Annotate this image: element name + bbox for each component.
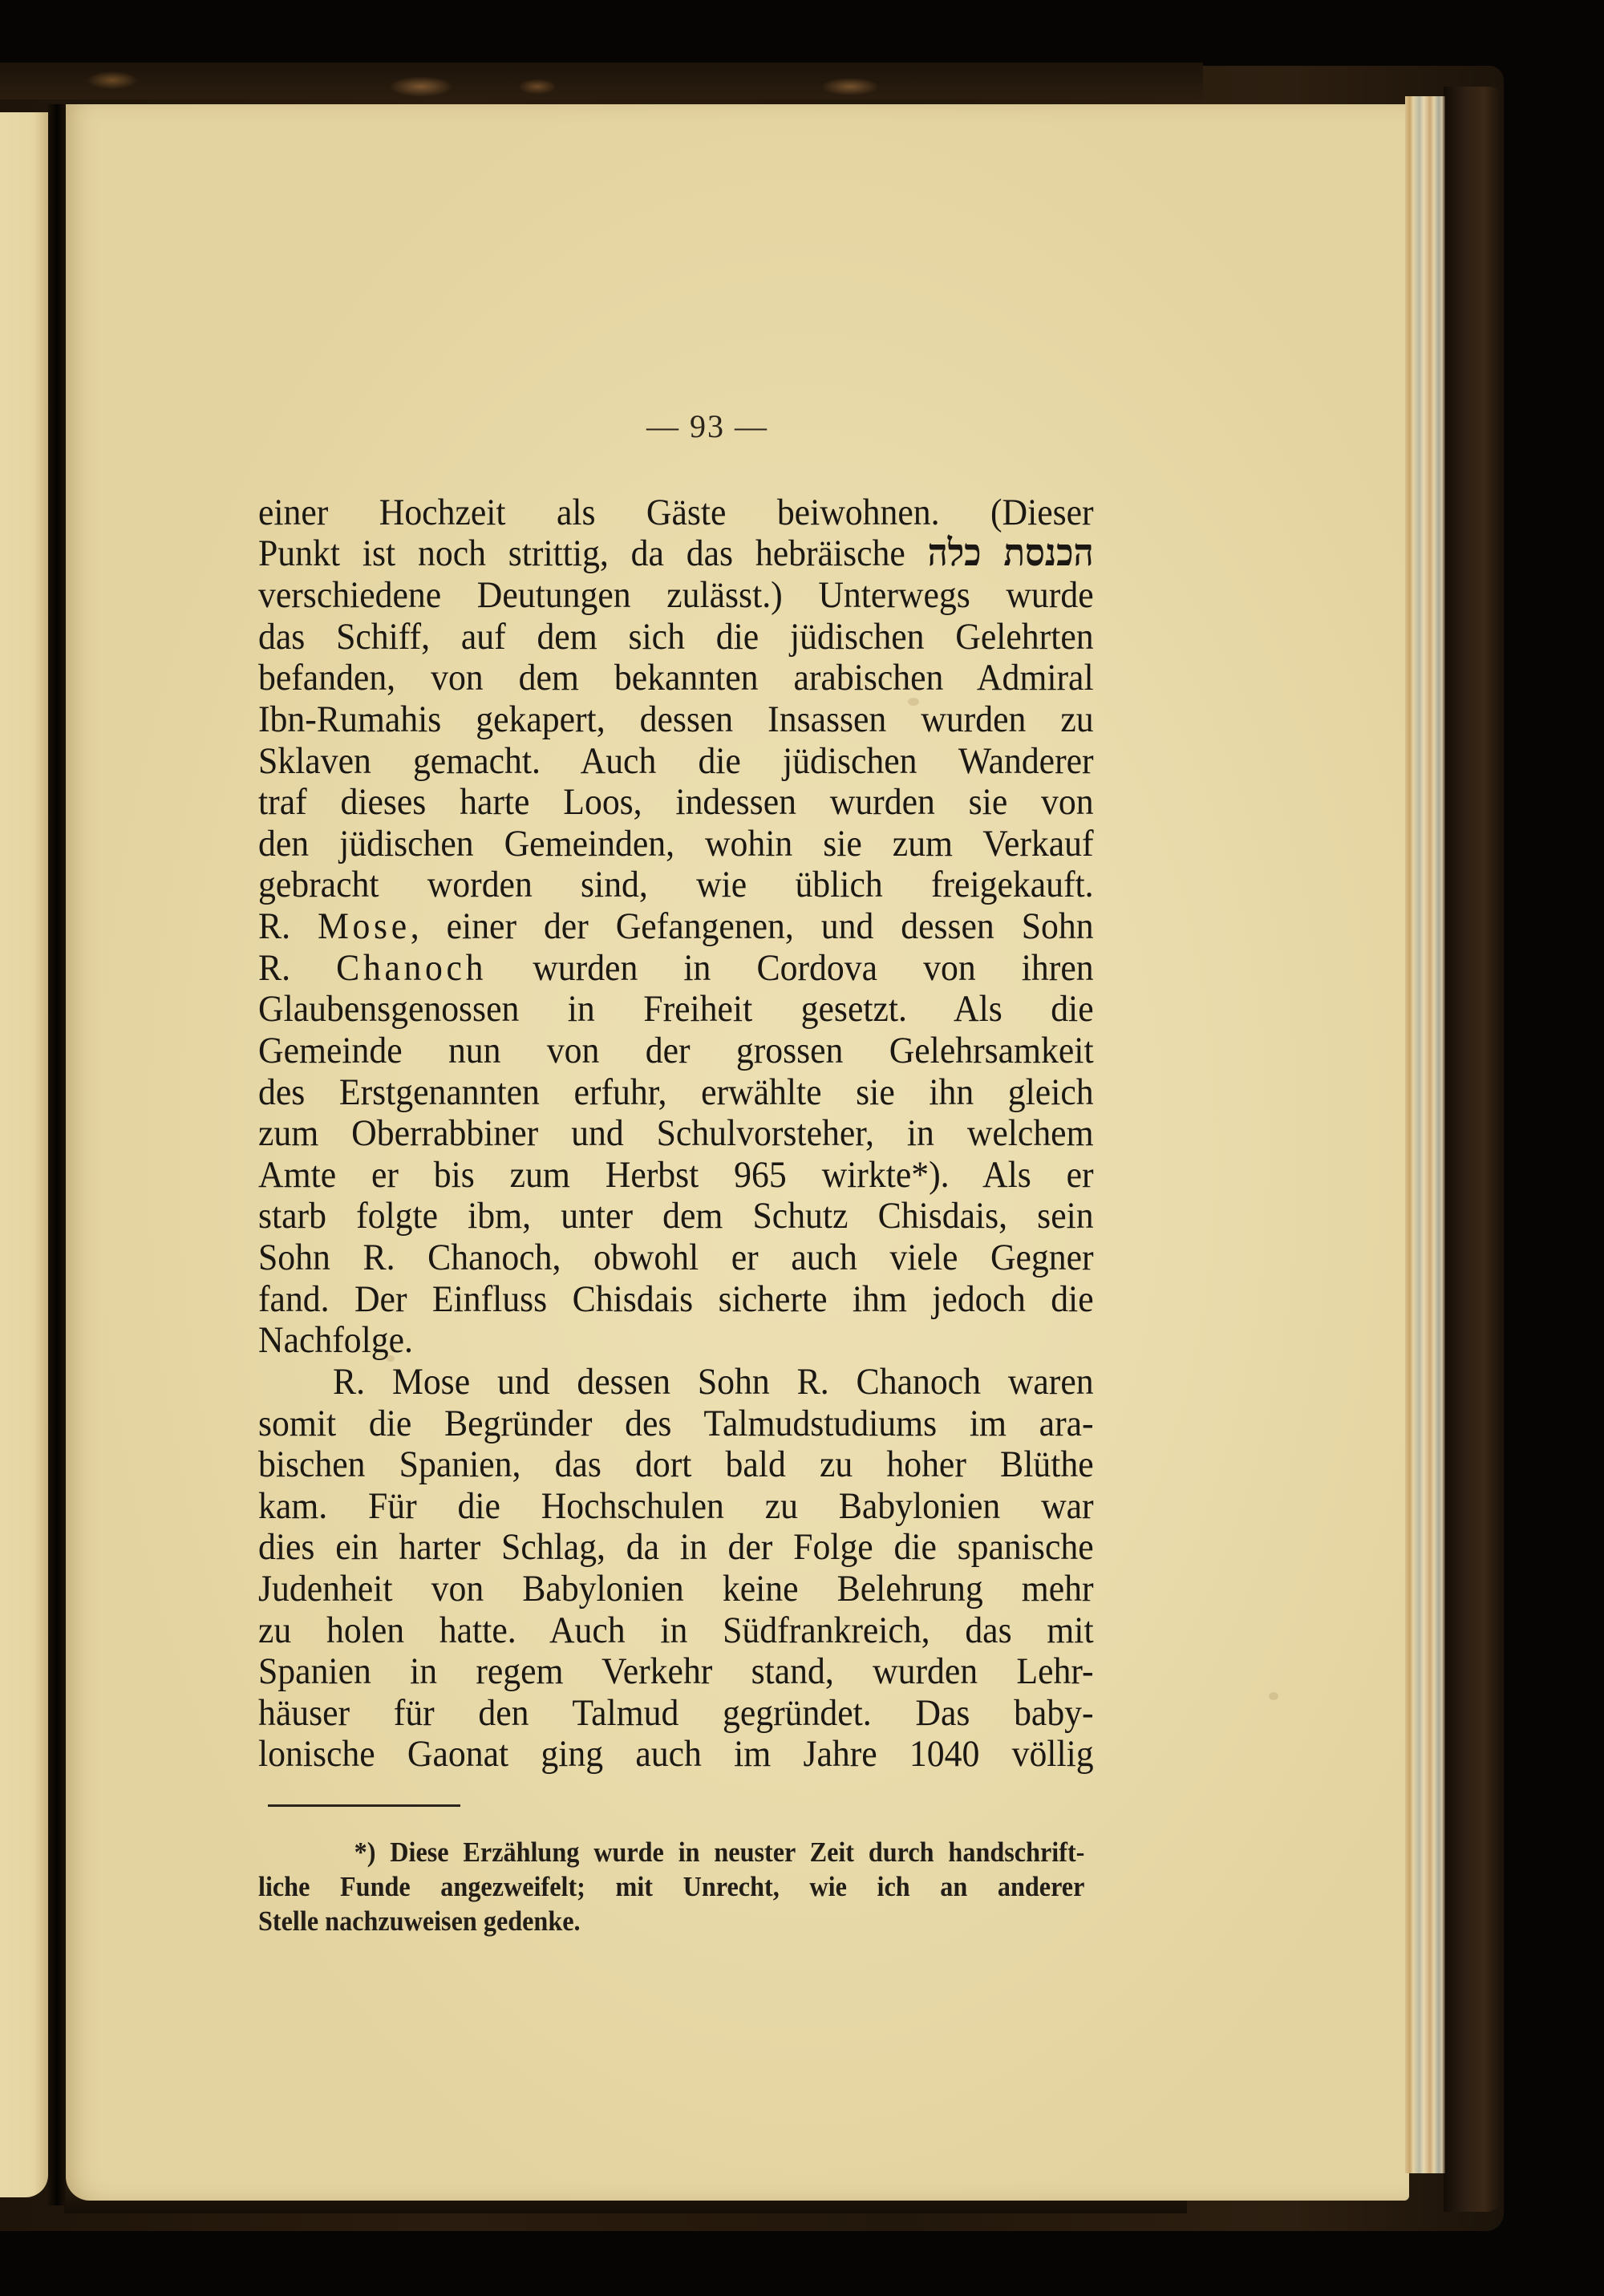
text-line-spaced-name: R. Mose, einer der Gefangenen, und desse… — [258, 905, 1094, 947]
text-line: starb folgte ibm, unter dem Schutz Chisd… — [258, 1195, 1094, 1237]
text-line: traf dieses harte Loos, indessen wurden … — [258, 781, 1094, 823]
text-line: Spanien in regem Verkehr stand, wurden L… — [258, 1650, 1094, 1692]
text-line: kam. Für die Hochschulen zu Babylonien w… — [258, 1485, 1094, 1527]
text-line-segment: Punkt ist noch strittig, da das hebräisc… — [258, 532, 905, 574]
text-line: somit die Begründer des Talmudstudiums i… — [258, 1403, 1094, 1444]
spaced-name-mose: Mose — [318, 905, 411, 947]
footnote-line: liche Funde angezweifelt; mit Unrecht, w… — [258, 1871, 1084, 1903]
text-line: Glaubensgenossen in Freiheit gesetzt. Al… — [258, 988, 1094, 1030]
text-line: befanden, von dem bekannten arabischen A… — [258, 657, 1094, 699]
text-line: bischen Spanien, das dort bald zu hoher … — [258, 1444, 1094, 1485]
text-line-segment: , einer der Gefangenen, und dessen Sohn — [411, 905, 1094, 947]
text-line: den jüdischen Gemeinden, wohin sie zum V… — [258, 823, 1094, 865]
text-line: zu holen hatte. Auch in Südfrankreich, d… — [258, 1610, 1094, 1651]
text-line: lonische Gaonat ging auch im Jahre 1040 … — [258, 1733, 1094, 1775]
name-prefix: R. — [258, 947, 336, 989]
text-line-with-hebrew: Punkt ist noch strittig, da das hebräisc… — [258, 532, 1094, 574]
page-number: — 93 — — [258, 407, 1156, 445]
text-line: Judenheit von Babylonien keine Belehrung… — [258, 1568, 1094, 1610]
text-line: einer Hochzeit als Gäste beiwohnen. (Die… — [258, 492, 1094, 533]
book-gutter — [48, 104, 66, 2205]
text-line: Sohn R. Chanoch, obwohl er auch viele Ge… — [258, 1237, 1094, 1278]
spaced-name-chanoch: Chanoch — [336, 947, 487, 989]
text-line-paragraph-end: Nachfolge. — [258, 1319, 1094, 1361]
text-line: Gemeinde nun von der grossen Gelehrsamke… — [258, 1030, 1094, 1071]
text-line: verschiedene Deutungen zulässt.) Unterwe… — [258, 574, 1094, 616]
hebrew-phrase: הכנסת כלה — [928, 532, 1094, 574]
page-block-edges — [1405, 96, 1445, 2173]
text-line-spaced-name: R. Chanoch wurden in Cordova von ihren — [258, 947, 1094, 989]
footnote-separator — [268, 1804, 460, 1807]
scanned-book-scene: — 93 — einer Hochzeit als Gäste beiwohne… — [0, 0, 1604, 2296]
name-prefix: R. — [258, 905, 318, 947]
text-line: zum Oberrabbiner und Schulvorsteher, in … — [258, 1112, 1094, 1154]
paper-spot — [1269, 1692, 1278, 1700]
cover-right-edge — [1444, 87, 1501, 2212]
text-line: fand. Der Einfluss Chisdais sicherte ihm… — [258, 1278, 1094, 1320]
text-line: Amte er bis zum Herbst 965 wirkte*). Als… — [258, 1154, 1094, 1196]
text-line-segment: wurden in Cordova von ihren — [487, 947, 1093, 989]
text-line: Sklaven gemacht. Auch die jüdischen Wand… — [258, 740, 1094, 782]
text-line: dies ein harter Schlag, da in der Folge … — [258, 1526, 1094, 1568]
text-line: des Erstgenannten erfuhr, erwählte sie i… — [258, 1071, 1094, 1113]
text-line: das Schiff, auf dem sich die jüdischen G… — [258, 616, 1094, 658]
text-line: Ibn-Rumahis gekapert, dessen Insassen wu… — [258, 699, 1094, 740]
text-line: gebracht worden sind, wie üblich freigek… — [258, 864, 1094, 905]
text-line: häuser für den Talmud gegründet. Das bab… — [258, 1692, 1094, 1734]
footnote-line: Stelle nachzuweisen gedenke. — [258, 1905, 1084, 1938]
facing-page-sliver — [0, 112, 48, 2197]
footnote-line: *) Diese Erzählung wurde in neuster Zeit… — [258, 1836, 1084, 1869]
text-line-paragraph-start: R. Mose und dessen Sohn R. Chanoch waren — [258, 1361, 1094, 1403]
torn-cover-edge-top — [0, 63, 1203, 99]
